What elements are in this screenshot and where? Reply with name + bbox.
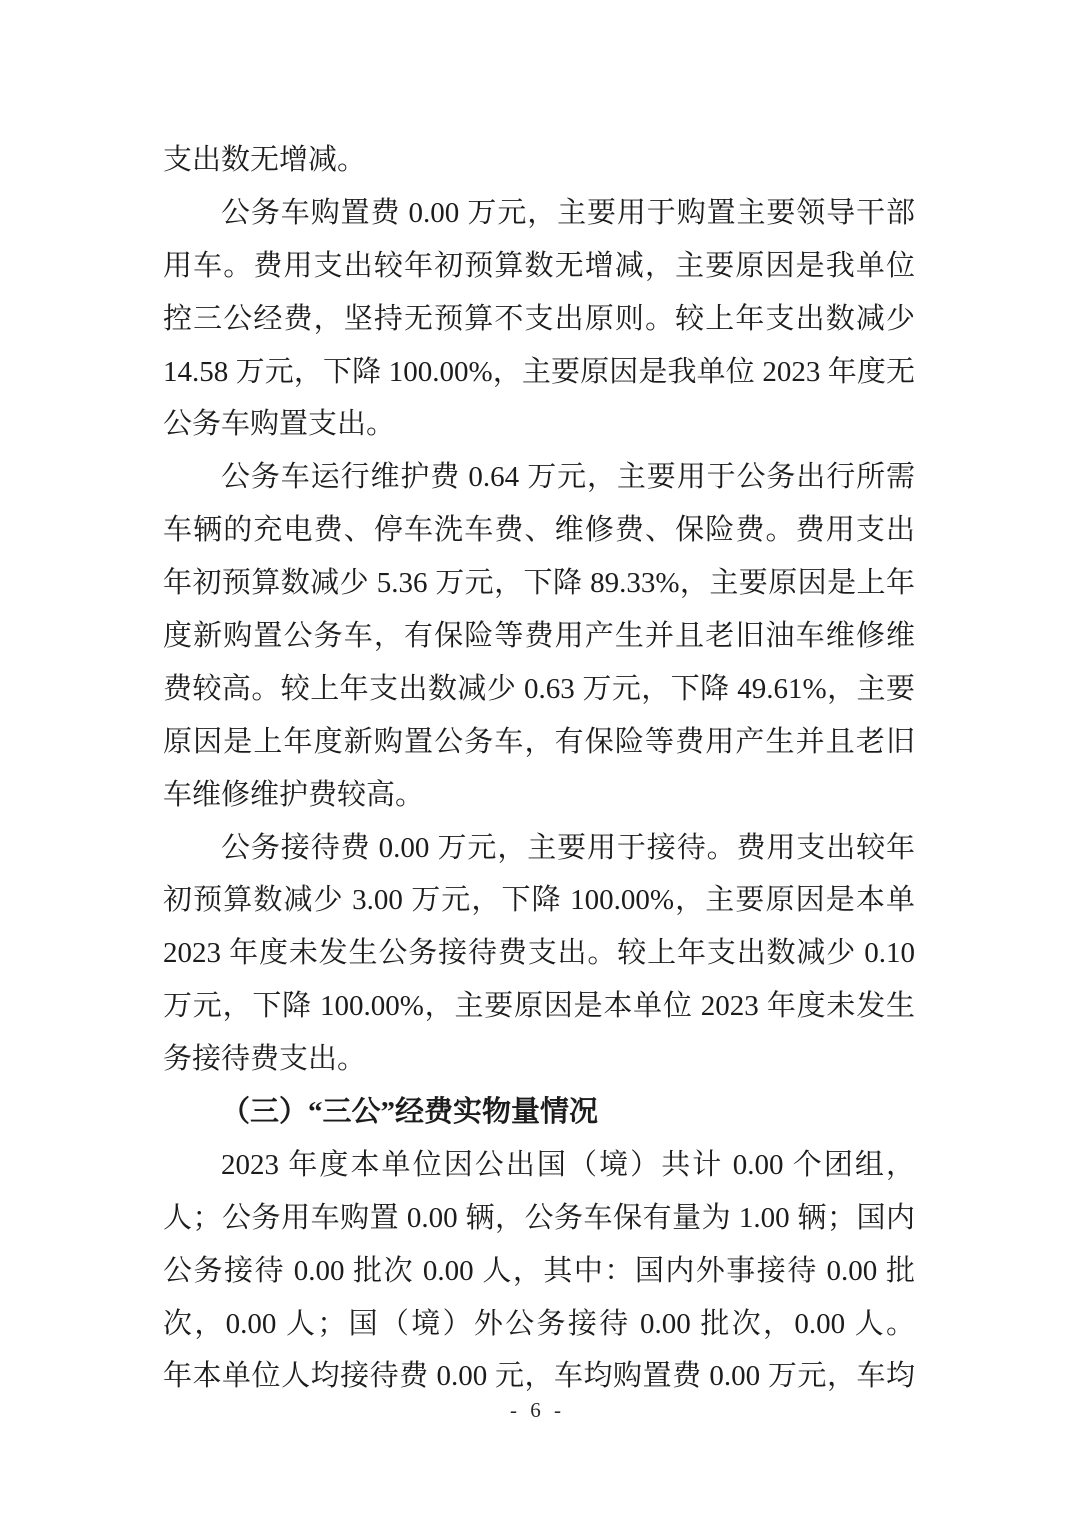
paragraph-line: 次，0.00 人；国（境）外公务接待 0.00 批次，0.00 人。2023 <box>163 1298 915 1351</box>
document-body: 支出数无增减。 公务车购置费 0.00 万元，主要用于购置主要领导干部 用车。费… <box>163 134 915 1403</box>
paragraph-line: 2023 年度未发生公务接待费支出。较上年支出数减少 0.10 <box>163 927 915 980</box>
paragraph-line: 车辆的充电费、停车洗车费、维修费、保险费。费用支出较 <box>163 504 915 557</box>
paragraph-line: 初预算数减少 3.00 万元，下降 100.00%，主要原因是本单位 <box>163 874 915 927</box>
paragraph-line: 万元，下降 100.00%，主要原因是本单位 2023 年度未发生公 <box>163 980 915 1033</box>
paragraph-line: 务接待费支出。 <box>163 1033 915 1086</box>
paragraph-line: 人；公务用车购置 0.00 辆，公务车保有量为 1.00 辆；国内 <box>163 1192 915 1245</box>
paragraph-line: 用车。费用支出较年初预算数无增减，主要原因是我单位严 <box>163 240 915 293</box>
section-heading: （三）“三公”经费实物量情况 <box>163 1086 915 1139</box>
paragraph-line: 支出数无增减。 <box>163 134 915 187</box>
paragraph-line: 费较高。较上年支出数减少 0.63 万元，下降 49.61%，主要 <box>163 663 915 716</box>
paragraph-line: 14.58 万元，下降 100.00%，主要原因是我单位 2023 年度无 <box>163 346 915 399</box>
paragraph-line: 公务接待 0.00 批次 0.00 人，其中：国内外事接待 0.00 批 <box>163 1245 915 1298</box>
paragraph-line: 原因是上年度新购置公务车，有保险等费用产生并且老旧油 <box>163 716 915 769</box>
paragraph-line: 年本单位人均接待费 0.00 元，车均购置费 0.00 万元，车均 <box>163 1350 915 1403</box>
paragraph-line: 公务接待费 0.00 万元，主要用于接待。费用支出较年 <box>163 822 915 875</box>
document-page: 支出数无增减。 公务车购置费 0.00 万元，主要用于购置主要领导干部 用车。费… <box>0 0 1075 1520</box>
paragraph-line: 控三公经费，坚持无预算不支出原则。较上年支出数减少 <box>163 293 915 346</box>
paragraph-line: 车维修维护费较高。 <box>163 769 915 822</box>
paragraph-line: 度新购置公务车，有保险等费用产生并且老旧油车维修维护 <box>163 610 915 663</box>
page-number: - 6 - <box>0 1398 1075 1430</box>
paragraph-line: 公务车购置费 0.00 万元，主要用于购置主要领导干部 <box>163 187 915 240</box>
paragraph-line: 公务车购置支出。 <box>163 398 915 451</box>
paragraph-line: 2023 年度本单位因公出国（境）共计 0.00 个团组，0.00 <box>163 1139 915 1192</box>
paragraph-line: 公务车运行维护费 0.64 万元，主要用于公务出行所需 <box>163 451 915 504</box>
paragraph-line: 年初预算数减少 5.36 万元，下降 89.33%，主要原因是上年 <box>163 557 915 610</box>
